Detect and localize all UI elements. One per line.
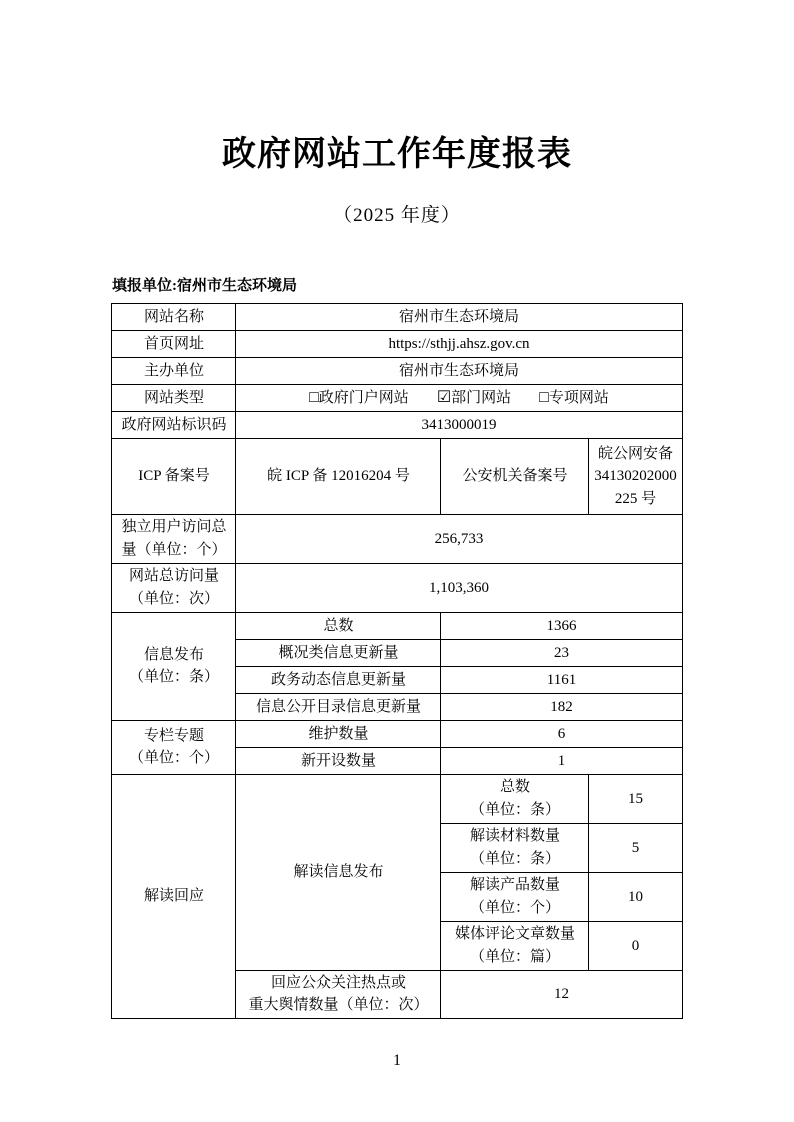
site-type-options: □政府门户网站☑部门网站□专项网站 — [236, 384, 682, 411]
page-subtitle: （2025 年度） — [0, 200, 794, 227]
checkbox-unchecked-icon: □ — [309, 390, 319, 406]
interpretation-products-label: 解读产品数量 （单位：个） — [441, 872, 589, 921]
unique-visitors-label: 独立用户访问总 量（单位：个） — [112, 514, 236, 563]
interpretation-response-value: 12 — [441, 970, 682, 1018]
home-url-value: https://sthjj.ahsz.gov.cn — [236, 330, 682, 357]
icp-label: ICP 备案号 — [112, 438, 236, 514]
info-publish-overview-value: 23 — [441, 639, 682, 666]
site-type-option-special: □专项网站 — [539, 387, 609, 410]
special-maintained-label: 维护数量 — [236, 720, 441, 747]
interpretation-products-value: 10 — [589, 872, 682, 921]
home-url-label: 首页网址 — [112, 330, 236, 357]
table-row-total-visits: 网站总访问量 （单位：次） 1,103,360 — [112, 563, 682, 612]
icp-value: 皖 ICP 备 12016204 号 — [236, 438, 441, 514]
site-name-value: 宿州市生态环境局 — [236, 303, 682, 330]
interpretation-total-value: 15 — [589, 774, 682, 823]
reporting-unit-line: 填报单位:宿州市生态环境局 — [112, 274, 682, 295]
annual-report-table: 网站名称 宿州市生态环境局 首页网址 https://sthjj.ahsz.go… — [111, 303, 682, 1019]
interpretation-media-value: 0 — [589, 921, 682, 970]
table-row-site-code: 政府网站标识码 3413000019 — [112, 411, 682, 438]
info-publish-directory-value: 182 — [441, 693, 682, 720]
page-title: 政府网站工作年度报表 — [0, 0, 794, 176]
site-type-option-department: ☑部门网站 — [437, 387, 511, 410]
interpretation-publish-label: 解读信息发布 — [236, 774, 441, 970]
total-visits-label: 网站总访问量 （单位：次） — [112, 563, 236, 612]
info-publish-total-value: 1366 — [441, 612, 682, 639]
table-row-interpretation-total: 解读回应 解读信息发布 总数 （单位：条） 15 — [112, 774, 682, 823]
host-unit-value: 宿州市生态环境局 — [236, 357, 682, 384]
info-publish-overview-label: 概况类信息更新量 — [236, 639, 441, 666]
site-type-option-portal-label: 政府门户网站 — [319, 387, 409, 410]
interpretation-response-label: 回应公众关注热点或 重大舆情数量（单位：次） — [236, 970, 441, 1018]
table-row-info-publish-total: 信息发布 （单位：条） 总数 1366 — [112, 612, 682, 639]
site-name-label: 网站名称 — [112, 303, 236, 330]
unique-visitors-value: 256,733 — [236, 514, 682, 563]
table-row-host-unit: 主办单位 宿州市生态环境局 — [112, 357, 682, 384]
table-row-site-type: 网站类型 □政府门户网站☑部门网站□专项网站 — [112, 384, 682, 411]
interpretation-total-label: 总数 （单位：条） — [441, 774, 589, 823]
interpretation-label: 解读回应 — [112, 774, 236, 1018]
table-row-unique-visitors: 独立用户访问总 量（单位：个） 256,733 — [112, 514, 682, 563]
info-publish-dynamics-label: 政务动态信息更新量 — [236, 666, 441, 693]
page-number: 1 — [0, 1052, 794, 1070]
site-code-label: 政府网站标识码 — [112, 411, 236, 438]
reporting-unit-label: 填报单位: — [112, 278, 177, 294]
info-publish-label: 信息发布 （单位：条） — [112, 612, 236, 720]
police-record-value: 皖公网安备 34130202000 225 号 — [589, 438, 682, 514]
interpretation-materials-label: 解读材料数量 （单位：条） — [441, 823, 589, 872]
info-publish-dynamics-value: 1161 — [441, 666, 682, 693]
info-publish-directory-label: 信息公开目录信息更新量 — [236, 693, 441, 720]
special-columns-label: 专栏专题 （单位：个） — [112, 720, 236, 774]
reporting-unit-value: 宿州市生态环境局 — [177, 278, 297, 294]
special-new-value: 1 — [441, 747, 682, 774]
info-publish-total-label: 总数 — [236, 612, 441, 639]
checkbox-unchecked-icon: □ — [539, 390, 549, 406]
special-maintained-value: 6 — [441, 720, 682, 747]
table-row-special-maintained: 专栏专题 （单位：个） 维护数量 6 — [112, 720, 682, 747]
interpretation-media-label: 媒体评论文章数量 （单位：篇） — [441, 921, 589, 970]
special-new-label: 新开设数量 — [236, 747, 441, 774]
table-row-home-url: 首页网址 https://sthjj.ahsz.gov.cn — [112, 330, 682, 357]
site-type-option-portal: □政府门户网站 — [309, 387, 409, 410]
site-type-option-special-label: 专项网站 — [549, 387, 609, 410]
site-type-option-department-label: 部门网站 — [451, 387, 511, 410]
table-row-icp: ICP 备案号 皖 ICP 备 12016204 号 公安机关备案号 皖公网安备… — [112, 438, 682, 514]
police-record-label: 公安机关备案号 — [441, 438, 589, 514]
document-page: 政府网站工作年度报表 （2025 年度） 填报单位:宿州市生态环境局 网站名称 … — [0, 0, 794, 1122]
checkbox-checked-icon: ☑ — [437, 390, 451, 406]
total-visits-value: 1,103,360 — [236, 563, 682, 612]
interpretation-materials-value: 5 — [589, 823, 682, 872]
site-code-value: 3413000019 — [236, 411, 682, 438]
host-unit-label: 主办单位 — [112, 357, 236, 384]
site-type-label: 网站类型 — [112, 384, 236, 411]
table-row-site-name: 网站名称 宿州市生态环境局 — [112, 303, 682, 330]
